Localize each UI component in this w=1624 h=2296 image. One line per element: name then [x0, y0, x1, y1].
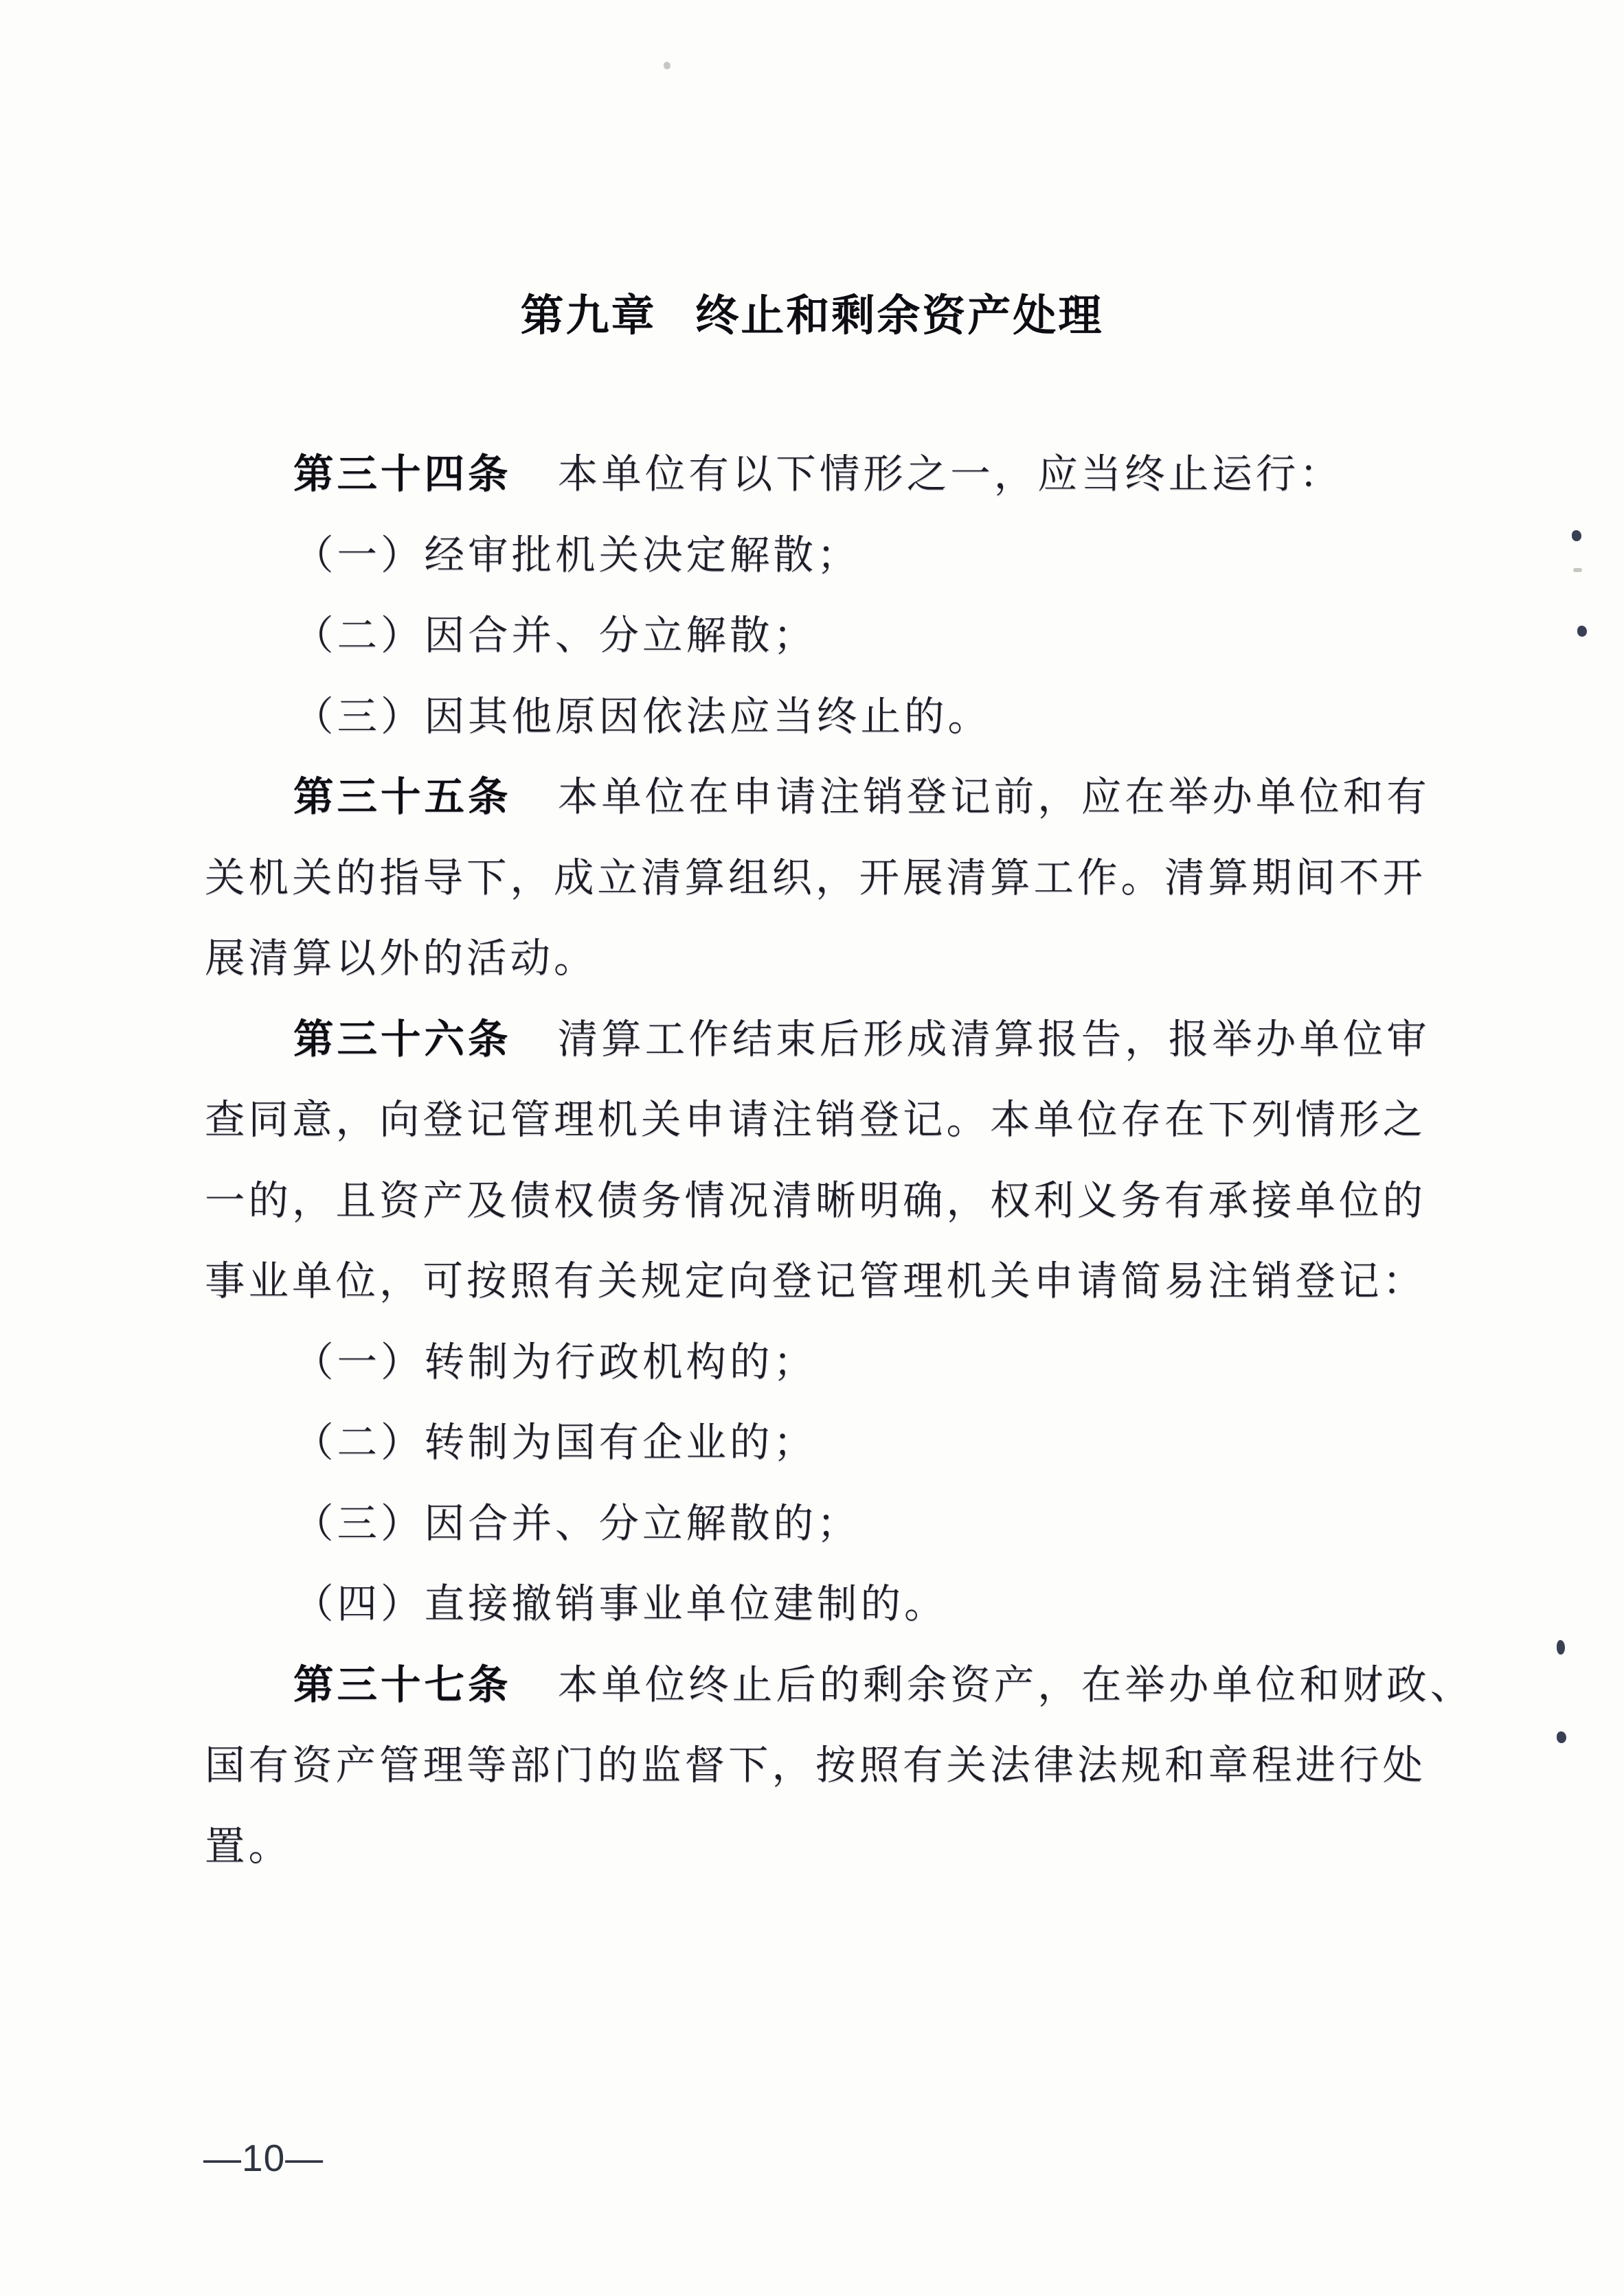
- body-line: 查同意，向登记管理机关申请注销登记。本单位存在下列情形之: [205, 1080, 1434, 1161]
- scan-artifact-dot: [1577, 626, 1587, 637]
- line-text: 本单位终止后的剩余资产，在举办单位和财政、: [558, 1663, 1474, 1707]
- chapter-heading: 第九章终止和剩余资产处理: [0, 291, 1624, 341]
- body-line: （二）转制为国有企业的；: [205, 1402, 1434, 1484]
- body-line: 第三十七条本单位终止后的剩余资产，在举办单位和财政、: [205, 1645, 1434, 1726]
- line-text: 查同意，向登记管理机关申请注销登记。本单位存在下列情形之: [205, 1098, 1426, 1142]
- body-line: （三）因其他原因依法应当终止的。: [205, 677, 1434, 758]
- line-text: （三）因其他原因依法应当终止的。: [293, 694, 991, 739]
- article-number: 第三十七条: [293, 1663, 512, 1707]
- body-line: 第三十四条本单位有以下情形之一，应当终止运行：: [205, 434, 1434, 515]
- line-text: （二）转制为国有企业的；: [293, 1420, 817, 1465]
- body-line: （一）转制为行政机构的；: [205, 1322, 1434, 1403]
- scanned-document-page: 第九章终止和剩余资产处理 第三十四条本单位有以下情形之一，应当终止运行： （一）…: [0, 0, 1624, 2296]
- line-text: 展清算以外的活动。: [205, 936, 598, 981]
- body-line: 国有资产管理等部门的监督下，按照有关法律法规和章程进行处: [205, 1725, 1434, 1806]
- line-text: 置。: [205, 1824, 292, 1869]
- body-line: 置。: [205, 1806, 1434, 1887]
- body-line: 事业单位，可按照有关规定向登记管理机关申请简易注销登记：: [205, 1241, 1434, 1322]
- body-line: 一的，且资产及债权债务情况清晰明确，权利义务有承接单位的: [205, 1161, 1434, 1242]
- line-text: 本单位在申请注销登记前，应在举办单位和有: [558, 775, 1430, 819]
- article-number: 第三十五条: [293, 775, 512, 819]
- line-text: （二）因合并、分立解散；: [293, 613, 817, 658]
- body-line: 第三十五条本单位在申请注销登记前，应在举办单位和有: [205, 757, 1434, 838]
- line-text: 国有资产管理等部门的监督下，按照有关法律法规和章程进行处: [205, 1743, 1426, 1788]
- body-line: 展清算以外的活动。: [205, 918, 1434, 999]
- body-line: （二）因合并、分立解散；: [205, 595, 1434, 677]
- line-text: 事业单位，可按照有关规定向登记管理机关申请简易注销登记：: [205, 1259, 1426, 1304]
- scan-artifact-dot: [1557, 1731, 1566, 1743]
- body-line: 第三十六条清算工作结束后形成清算报告，报举办单位审: [205, 999, 1434, 1080]
- article-number: 第三十六条: [293, 1017, 512, 1062]
- body-line: 关机关的指导下，成立清算组织，开展清算工作。清算期间不开: [205, 838, 1434, 919]
- article-number: 第三十四条: [293, 452, 512, 497]
- line-text: 清算工作结束后形成清算报告，报举办单位审: [558, 1017, 1430, 1062]
- document-body: 第三十四条本单位有以下情形之一，应当终止运行： （一）经审批机关决定解散； （二…: [205, 434, 1434, 1887]
- body-line: （三）因合并、分立解散的；: [205, 1484, 1434, 1565]
- line-text: （一）经审批机关决定解散；: [293, 533, 861, 578]
- scan-artifact-dot: [1557, 1640, 1565, 1655]
- chapter-number: 第九章: [521, 292, 657, 340]
- scan-artifact-dot: [1573, 568, 1582, 572]
- body-line: （四）直接撤销事业单位建制的。: [205, 1564, 1434, 1645]
- line-text: （一）转制为行政机构的；: [293, 1340, 817, 1385]
- line-text: 关机关的指导下，成立清算组织，开展清算工作。清算期间不开: [205, 856, 1426, 900]
- body-line: （一）经审批机关决定解散；: [205, 515, 1434, 596]
- line-text: 本单位有以下情形之一，应当终止运行：: [558, 452, 1343, 497]
- scan-artifact-dot: [1572, 530, 1581, 541]
- line-text: 一的，且资产及债权债务情况清晰明确，权利义务有承接单位的: [205, 1179, 1426, 1223]
- chapter-name: 终止和剩余资产处理: [695, 292, 1103, 340]
- line-text: （四）直接撤销事业单位建制的。: [293, 1582, 948, 1626]
- scan-artifact-dot: [664, 62, 670, 69]
- line-text: （三）因合并、分立解散的；: [293, 1501, 861, 1546]
- page-number: —10—: [203, 2137, 324, 2179]
